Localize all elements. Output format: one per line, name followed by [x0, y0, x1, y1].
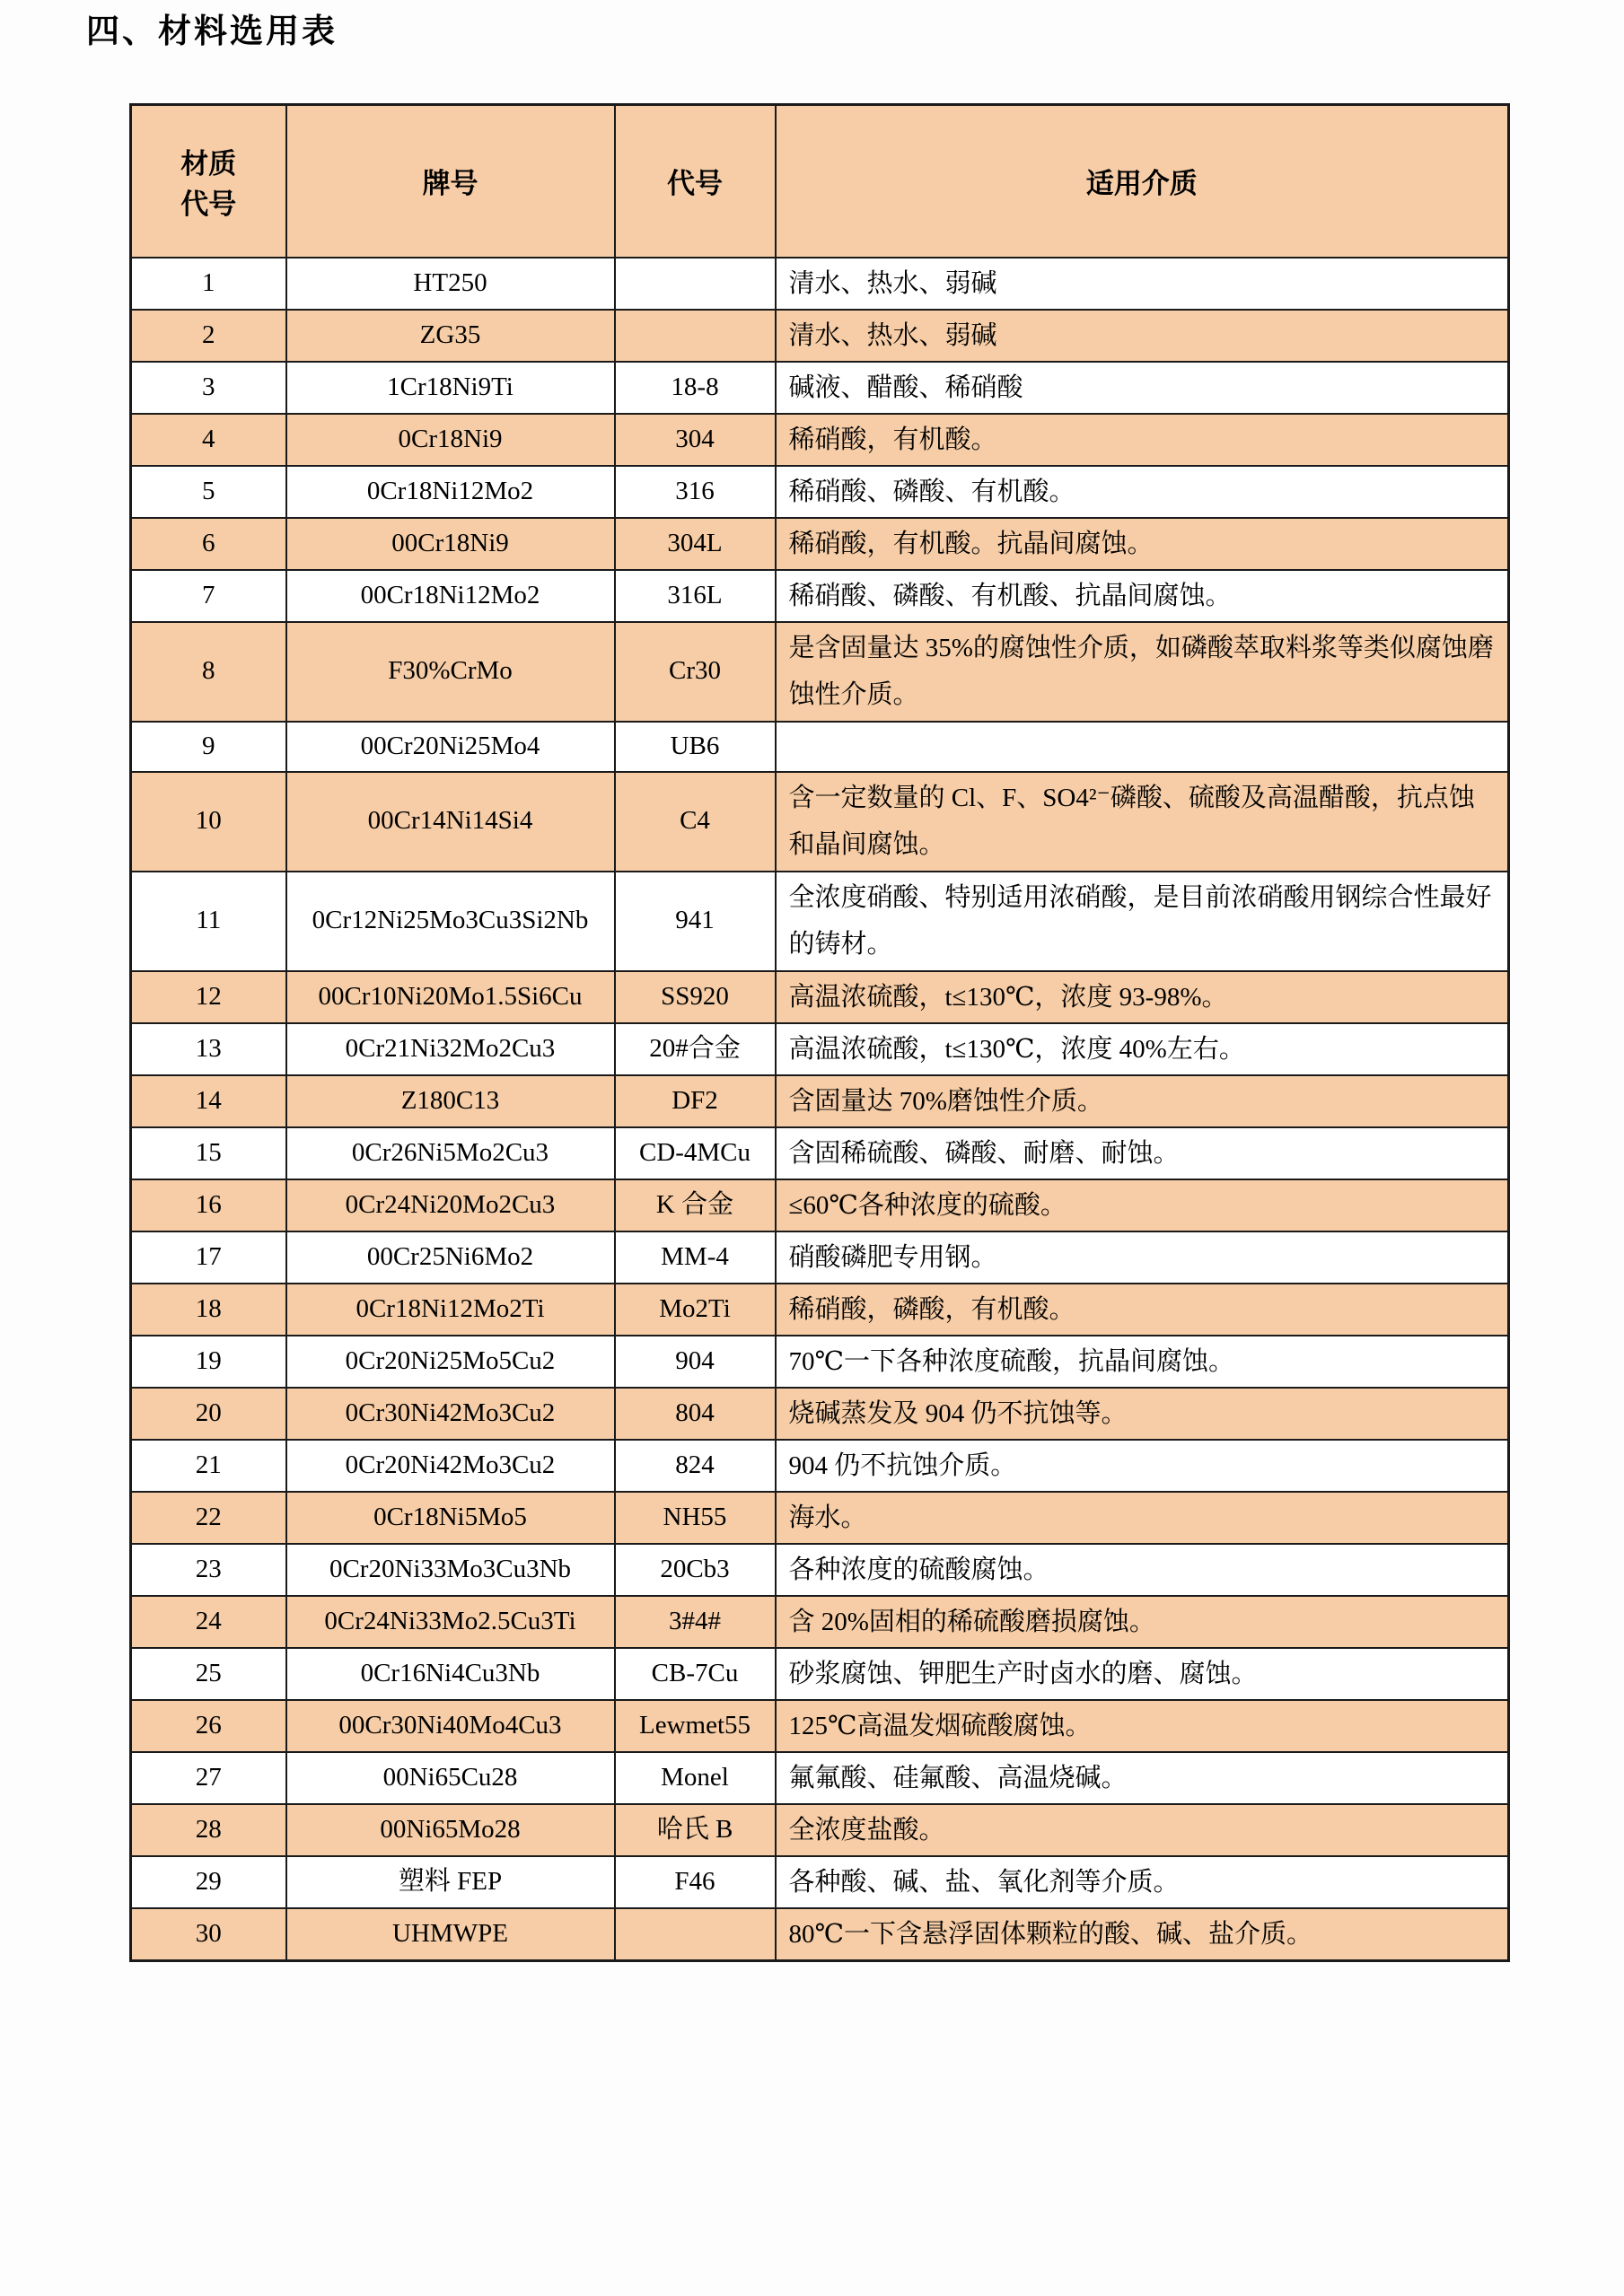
media-cell: 含 20%固相的稀硫酸磨损腐蚀。: [776, 1596, 1509, 1648]
material-code-cell: 25: [131, 1648, 286, 1700]
table-row: 900Cr20Ni25Mo4UB6: [131, 722, 1509, 772]
material-code-cell: 17: [131, 1231, 286, 1284]
header-row: 材质 代号 牌号 代号 适用介质: [131, 105, 1509, 258]
table-body: 1HT250清水、热水、弱碱2ZG35清水、热水、弱碱31Cr18Ni9Ti18…: [131, 258, 1509, 1961]
table-row: 180Cr18Ni12Mo2TiMo2Ti稀硝酸，磷酸，有机酸。: [131, 1284, 1509, 1336]
material-code-cell: 6: [131, 518, 286, 570]
grade-cell: 00Ni65Cu28: [286, 1752, 615, 1804]
code-cell: NH55: [615, 1492, 776, 1544]
media-cell: 氟氟酸、硅氟酸、高温烧碱。: [776, 1752, 1509, 1804]
grade-cell: 00Ni65Mo28: [286, 1804, 615, 1856]
table-row: 1200Cr10Ni20Mo1.5Si6CuSS920高温浓硫酸，t≤130℃，…: [131, 971, 1509, 1023]
grade-cell: Z180C13: [286, 1075, 615, 1127]
grade-cell: 0Cr24Ni20Mo2Cu3: [286, 1179, 615, 1231]
code-cell: 316: [615, 466, 776, 518]
code-cell: K 合金: [615, 1179, 776, 1231]
media-cell: 含固稀硫酸、磷酸、耐磨、耐蚀。: [776, 1127, 1509, 1179]
media-cell: 含一定数量的 Cl、F、SO4²⁻磷酸、硫酸及高温醋酸，抗点蚀和晶间腐蚀。: [776, 772, 1509, 872]
code-cell: 哈氏 B: [615, 1804, 776, 1856]
material-selection-table: 材质 代号 牌号 代号 适用介质 1HT250清水、热水、弱碱2ZG35清水、热…: [129, 103, 1510, 1962]
header-material-code-line1: 材质: [180, 141, 236, 181]
media-cell: 各种酸、碱、盐、氧化剂等介质。: [776, 1856, 1509, 1908]
media-cell: 烧碱蒸发及 904 仍不抗蚀等。: [776, 1388, 1509, 1440]
table-row: 190Cr20Ni25Mo5Cu290470℃一下各种浓度硫酸，抗晶间腐蚀。: [131, 1336, 1509, 1388]
media-cell: ≤60℃各种浓度的硫酸。: [776, 1179, 1509, 1231]
header-code: 代号: [615, 105, 776, 258]
page-title: 四、材料选用表: [86, 4, 338, 52]
material-code-cell: 19: [131, 1336, 286, 1388]
grade-cell: HT250: [286, 258, 615, 310]
material-code-cell: 27: [131, 1752, 286, 1804]
grade-cell: 1Cr18Ni9Ti: [286, 362, 615, 414]
table-row: 2ZG35清水、热水、弱碱: [131, 310, 1509, 362]
code-cell: C4: [615, 772, 776, 872]
grade-cell: 0Cr16Ni4Cu3Nb: [286, 1648, 615, 1700]
grade-cell: 0Cr30Ni42Mo3Cu2: [286, 1388, 615, 1440]
code-cell: 304: [615, 414, 776, 466]
table-row: 160Cr24Ni20Mo2Cu3K 合金≤60℃各种浓度的硫酸。: [131, 1179, 1509, 1231]
material-code-cell: 14: [131, 1075, 286, 1127]
material-code-cell: 18: [131, 1284, 286, 1336]
media-cell: 稀硝酸、磷酸、有机酸、抗晶间腐蚀。: [776, 570, 1509, 622]
grade-cell: F30%CrMo: [286, 622, 615, 722]
material-code-cell: 7: [131, 570, 286, 622]
code-cell: Monel: [615, 1752, 776, 1804]
grade-cell: 0Cr18Ni5Mo5: [286, 1492, 615, 1544]
code-cell: 3#4#: [615, 1596, 776, 1648]
media-cell: 全浓度硝酸、特别适用浓硝酸，是目前浓硝酸用钢综合性最好的铸材。: [776, 872, 1509, 971]
code-cell: Mo2Ti: [615, 1284, 776, 1336]
material-code-cell: 30: [131, 1908, 286, 1961]
grade-cell: 0Cr24Ni33Mo2.5Cu3Ti: [286, 1596, 615, 1648]
material-code-cell: 8: [131, 622, 286, 722]
material-code-cell: 9: [131, 722, 286, 772]
code-cell: CB-7Cu: [615, 1648, 776, 1700]
grade-cell: 00Cr10Ni20Mo1.5Si6Cu: [286, 971, 615, 1023]
media-cell: 125℃高温发烟硫酸腐蚀。: [776, 1700, 1509, 1752]
code-cell: 316L: [615, 570, 776, 622]
material-code-cell: 11: [131, 872, 286, 971]
media-cell: 碱液、醋酸、稀硝酸: [776, 362, 1509, 414]
material-code-cell: 13: [131, 1023, 286, 1075]
grade-cell: 00Cr18Ni9: [286, 518, 615, 570]
table-row: 50Cr18Ni12Mo2316稀硝酸、磷酸、有机酸。: [131, 466, 1509, 518]
code-cell: 824: [615, 1440, 776, 1492]
media-cell: 含固量达 70%磨蚀性介质。: [776, 1075, 1509, 1127]
material-code-cell: 3: [131, 362, 286, 414]
material-code-cell: 2: [131, 310, 286, 362]
media-cell: 904 仍不抗蚀介质。: [776, 1440, 1509, 1492]
table-row: 29塑料 FEPF46各种酸、碱、盐、氧化剂等介质。: [131, 1856, 1509, 1908]
media-cell: 高温浓硫酸，t≤130℃，浓度 93-98%。: [776, 971, 1509, 1023]
table-row: 40Cr18Ni9304稀硝酸，有机酸。: [131, 414, 1509, 466]
grade-cell: 00Cr18Ni12Mo2: [286, 570, 615, 622]
table-row: 31Cr18Ni9Ti18-8碱液、醋酸、稀硝酸: [131, 362, 1509, 414]
table-row: 8F30%CrMoCr30是含固量达 35%的腐蚀性介质，如磷酸萃取料浆等类似腐…: [131, 622, 1509, 722]
grade-cell: 0Cr20Ni42Mo3Cu2: [286, 1440, 615, 1492]
material-code-cell: 1: [131, 258, 286, 310]
grade-cell: UHMWPE: [286, 1908, 615, 1961]
code-cell: [615, 1908, 776, 1961]
table-row: 220Cr18Ni5Mo5NH55海水。: [131, 1492, 1509, 1544]
table-row: 1HT250清水、热水、弱碱: [131, 258, 1509, 310]
grade-cell: 00Cr20Ni25Mo4: [286, 722, 615, 772]
table-row: 240Cr24Ni33Mo2.5Cu3Ti3#4#含 20%固相的稀硫酸磨损腐蚀…: [131, 1596, 1509, 1648]
code-cell: [615, 258, 776, 310]
code-cell: 904: [615, 1336, 776, 1388]
table-row: 14Z180C13DF2含固量达 70%磨蚀性介质。: [131, 1075, 1509, 1127]
media-cell: 各种浓度的硫酸腐蚀。: [776, 1544, 1509, 1596]
grade-cell: 0Cr18Ni9: [286, 414, 615, 466]
grade-cell: 00Cr25Ni6Mo2: [286, 1231, 615, 1284]
code-cell: 804: [615, 1388, 776, 1440]
grade-cell: 0Cr21Ni32Mo2Cu3: [286, 1023, 615, 1075]
code-cell: 20#合金: [615, 1023, 776, 1075]
grade-cell: 00Cr30Ni40Mo4Cu3: [286, 1700, 615, 1752]
code-cell: 18-8: [615, 362, 776, 414]
material-code-cell: 5: [131, 466, 286, 518]
code-cell: SS920: [615, 971, 776, 1023]
table-row: 150Cr26Ni5Mo2Cu3CD-4MCu含固稀硫酸、磷酸、耐磨、耐蚀。: [131, 1127, 1509, 1179]
table-row: 130Cr21Ni32Mo2Cu320#合金高温浓硫酸，t≤130℃，浓度 40…: [131, 1023, 1509, 1075]
material-code-cell: 12: [131, 971, 286, 1023]
material-code-cell: 28: [131, 1804, 286, 1856]
grade-cell: 0Cr18Ni12Mo2Ti: [286, 1284, 615, 1336]
table-row: 1700Cr25Ni6Mo2MM-4硝酸磷肥专用钢。: [131, 1231, 1509, 1284]
table-row: 250Cr16Ni4Cu3NbCB-7Cu砂浆腐蚀、钾肥生产时卤水的磨、腐蚀。: [131, 1648, 1509, 1700]
media-cell: 全浓度盐酸。: [776, 1804, 1509, 1856]
table-row: 2600Cr30Ni40Mo4Cu3Lewmet55125℃高温发烟硫酸腐蚀。: [131, 1700, 1509, 1752]
media-cell: 80℃一下含悬浮固体颗粒的酸、碱、盐介质。: [776, 1908, 1509, 1961]
grade-cell: 0Cr26Ni5Mo2Cu3: [286, 1127, 615, 1179]
header-media: 适用介质: [776, 105, 1509, 258]
header-material-code-split: 材质 代号: [132, 119, 285, 243]
grade-cell: 0Cr20Ni25Mo5Cu2: [286, 1336, 615, 1388]
table-row: 210Cr20Ni42Mo3Cu2824904 仍不抗蚀介质。: [131, 1440, 1509, 1492]
media-cell: 硝酸磷肥专用钢。: [776, 1231, 1509, 1284]
material-code-cell: 29: [131, 1856, 286, 1908]
grade-cell: 0Cr20Ni33Mo3Cu3Nb: [286, 1544, 615, 1596]
media-cell: 海水。: [776, 1492, 1509, 1544]
material-code-cell: 20: [131, 1388, 286, 1440]
header-material-code: 材质 代号: [131, 105, 286, 258]
media-cell: 稀硝酸，有机酸。抗晶间腐蚀。: [776, 518, 1509, 570]
table-row: 30UHMWPE80℃一下含悬浮固体颗粒的酸、碱、盐介质。: [131, 1908, 1509, 1961]
media-cell: 清水、热水、弱碱: [776, 310, 1509, 362]
media-cell: 稀硝酸，有机酸。: [776, 414, 1509, 466]
table-row: 230Cr20Ni33Mo3Cu3Nb20Cb3各种浓度的硫酸腐蚀。: [131, 1544, 1509, 1596]
grade-cell: 00Cr14Ni14Si4: [286, 772, 615, 872]
code-cell: F46: [615, 1856, 776, 1908]
table-row: 200Cr30Ni42Mo3Cu2804烧碱蒸发及 904 仍不抗蚀等。: [131, 1388, 1509, 1440]
code-cell: 304L: [615, 518, 776, 570]
material-code-cell: 21: [131, 1440, 286, 1492]
header-material-code-line2: 代号: [180, 181, 236, 222]
media-cell: 清水、热水、弱碱: [776, 258, 1509, 310]
material-code-cell: 10: [131, 772, 286, 872]
table-row: 700Cr18Ni12Mo2316L稀硝酸、磷酸、有机酸、抗晶间腐蚀。: [131, 570, 1509, 622]
media-cell: 稀硝酸，磷酸，有机酸。: [776, 1284, 1509, 1336]
code-cell: 941: [615, 872, 776, 971]
material-code-cell: 16: [131, 1179, 286, 1231]
material-code-cell: 26: [131, 1700, 286, 1752]
table-row: 600Cr18Ni9304L稀硝酸，有机酸。抗晶间腐蚀。: [131, 518, 1509, 570]
code-cell: UB6: [615, 722, 776, 772]
table-row: 2700Ni65Cu28Monel氟氟酸、硅氟酸、高温烧碱。: [131, 1752, 1509, 1804]
code-cell: [615, 310, 776, 362]
grade-cell: ZG35: [286, 310, 615, 362]
media-cell: 高温浓硫酸，t≤130℃，浓度 40%左右。: [776, 1023, 1509, 1075]
material-code-cell: 24: [131, 1596, 286, 1648]
material-code-cell: 23: [131, 1544, 286, 1596]
grade-cell: 塑料 FEP: [286, 1856, 615, 1908]
table-row: 2800Ni65Mo28哈氏 B全浓度盐酸。: [131, 1804, 1509, 1856]
media-cell: [776, 722, 1509, 772]
code-cell: MM-4: [615, 1231, 776, 1284]
code-cell: DF2: [615, 1075, 776, 1127]
grade-cell: 0Cr18Ni12Mo2: [286, 466, 615, 518]
material-code-cell: 4: [131, 414, 286, 466]
header-grade: 牌号: [286, 105, 615, 258]
code-cell: Cr30: [615, 622, 776, 722]
table-row: 110Cr12Ni25Mo3Cu3Si2Nb941全浓度硝酸、特别适用浓硝酸，是…: [131, 872, 1509, 971]
code-cell: CD-4MCu: [615, 1127, 776, 1179]
grade-cell: 0Cr12Ni25Mo3Cu3Si2Nb: [286, 872, 615, 971]
table-row: 1000Cr14Ni14Si4C4含一定数量的 Cl、F、SO4²⁻磷酸、硫酸及…: [131, 772, 1509, 872]
media-cell: 稀硝酸、磷酸、有机酸。: [776, 466, 1509, 518]
media-cell: 70℃一下各种浓度硫酸，抗晶间腐蚀。: [776, 1336, 1509, 1388]
code-cell: 20Cb3: [615, 1544, 776, 1596]
media-cell: 砂浆腐蚀、钾肥生产时卤水的磨、腐蚀。: [776, 1648, 1509, 1700]
material-code-cell: 22: [131, 1492, 286, 1544]
code-cell: Lewmet55: [615, 1700, 776, 1752]
media-cell: 是含固量达 35%的腐蚀性介质，如磷酸萃取料浆等类似腐蚀磨蚀性介质。: [776, 622, 1509, 722]
material-code-cell: 15: [131, 1127, 286, 1179]
